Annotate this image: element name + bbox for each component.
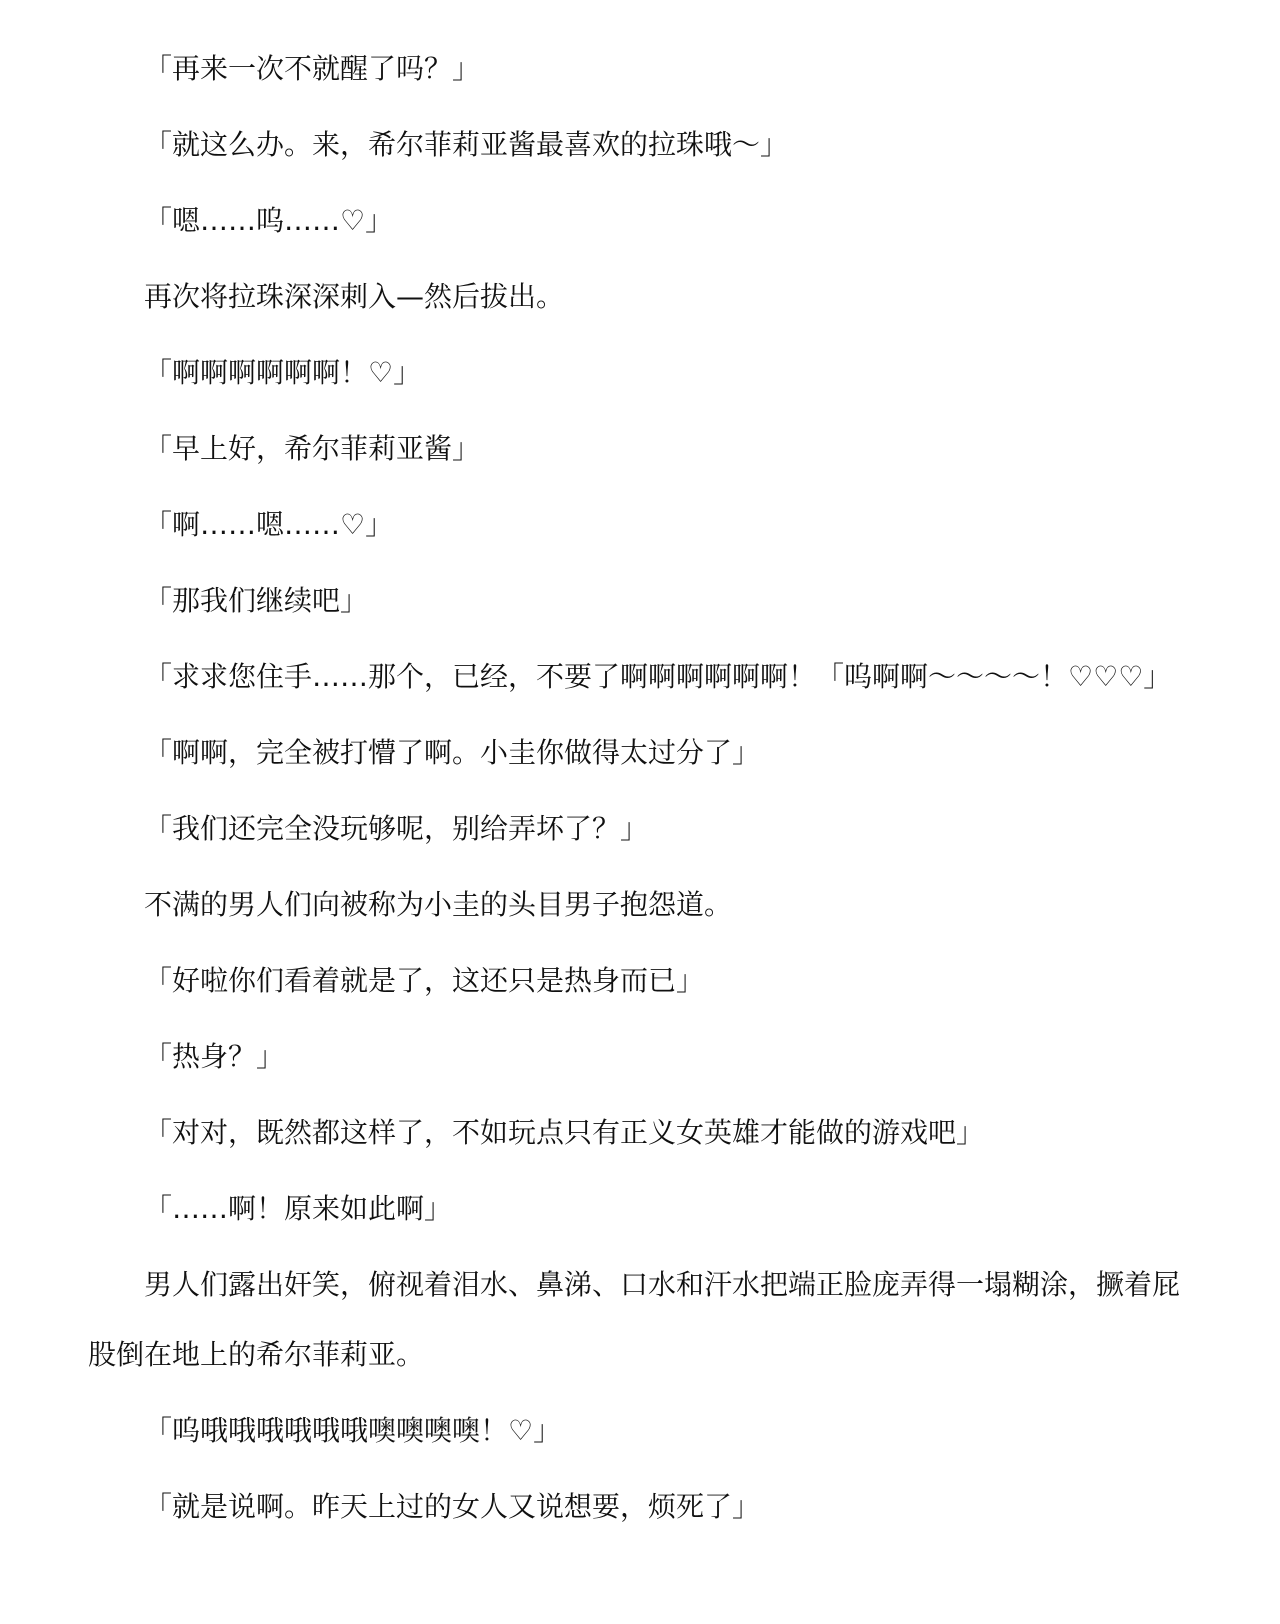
dialogue-line: 「啊啊啊啊啊啊！♡」 [88,338,1190,408]
dialogue-line: 「就这么办。来，希尔菲莉亚酱最喜欢的拉珠哦～」 [88,110,1190,180]
dialogue-line: 「呜哦哦哦哦哦哦噢噢噢噢！♡」 [88,1396,1190,1466]
dialogue-line: 「对对，既然都这样了，不如玩点只有正义女英雄才能做的游戏吧」 [88,1098,1190,1168]
dialogue-line: 「再来一次不就醒了吗？」 [88,34,1190,104]
dialogue-line: 「好啦你们看着就是了，这还只是热身而已」 [88,946,1190,1016]
dialogue-line: 「嗯……呜……♡」 [88,186,1190,256]
dialogue-line: 「早上好，希尔菲莉亚酱」 [88,414,1190,484]
narration-line: 再次将拉珠深深刺入—然后拔出。 [88,262,1190,332]
dialogue-line: 「我们还完全没玩够呢，别给弄坏了？」 [88,794,1190,864]
dialogue-line: 「热身？」 [88,1022,1190,1092]
dialogue-line: 「啊啊，完全被打懵了啊。小圭你做得太过分了」 [88,718,1190,788]
dialogue-line: 「那我们继续吧」 [88,566,1190,636]
document-page: 「再来一次不就醒了吗？」 「就这么办。来，希尔菲莉亚酱最喜欢的拉珠哦～」 「嗯…… [0,0,1280,1624]
dialogue-line: 「啊……嗯……♡」 [88,490,1190,560]
narration-line: 男人们露出奸笑，俯视着泪水、鼻涕、口水和汗水把端正脸庞弄得一塌糊涂，撅着屁股倒在… [88,1250,1190,1390]
narration-line: 不满的男人们向被称为小圭的头目男子抱怨道。 [88,870,1190,940]
dialogue-line: 「就是说啊。昨天上过的女人又说想要，烦死了」 [88,1472,1190,1542]
dialogue-line: 「求求您住手……那个，已经，不要了啊啊啊啊啊啊！「呜啊啊～～～～！♡♡♡」 [88,642,1190,712]
dialogue-line: 「……啊！原来如此啊」 [88,1174,1190,1244]
